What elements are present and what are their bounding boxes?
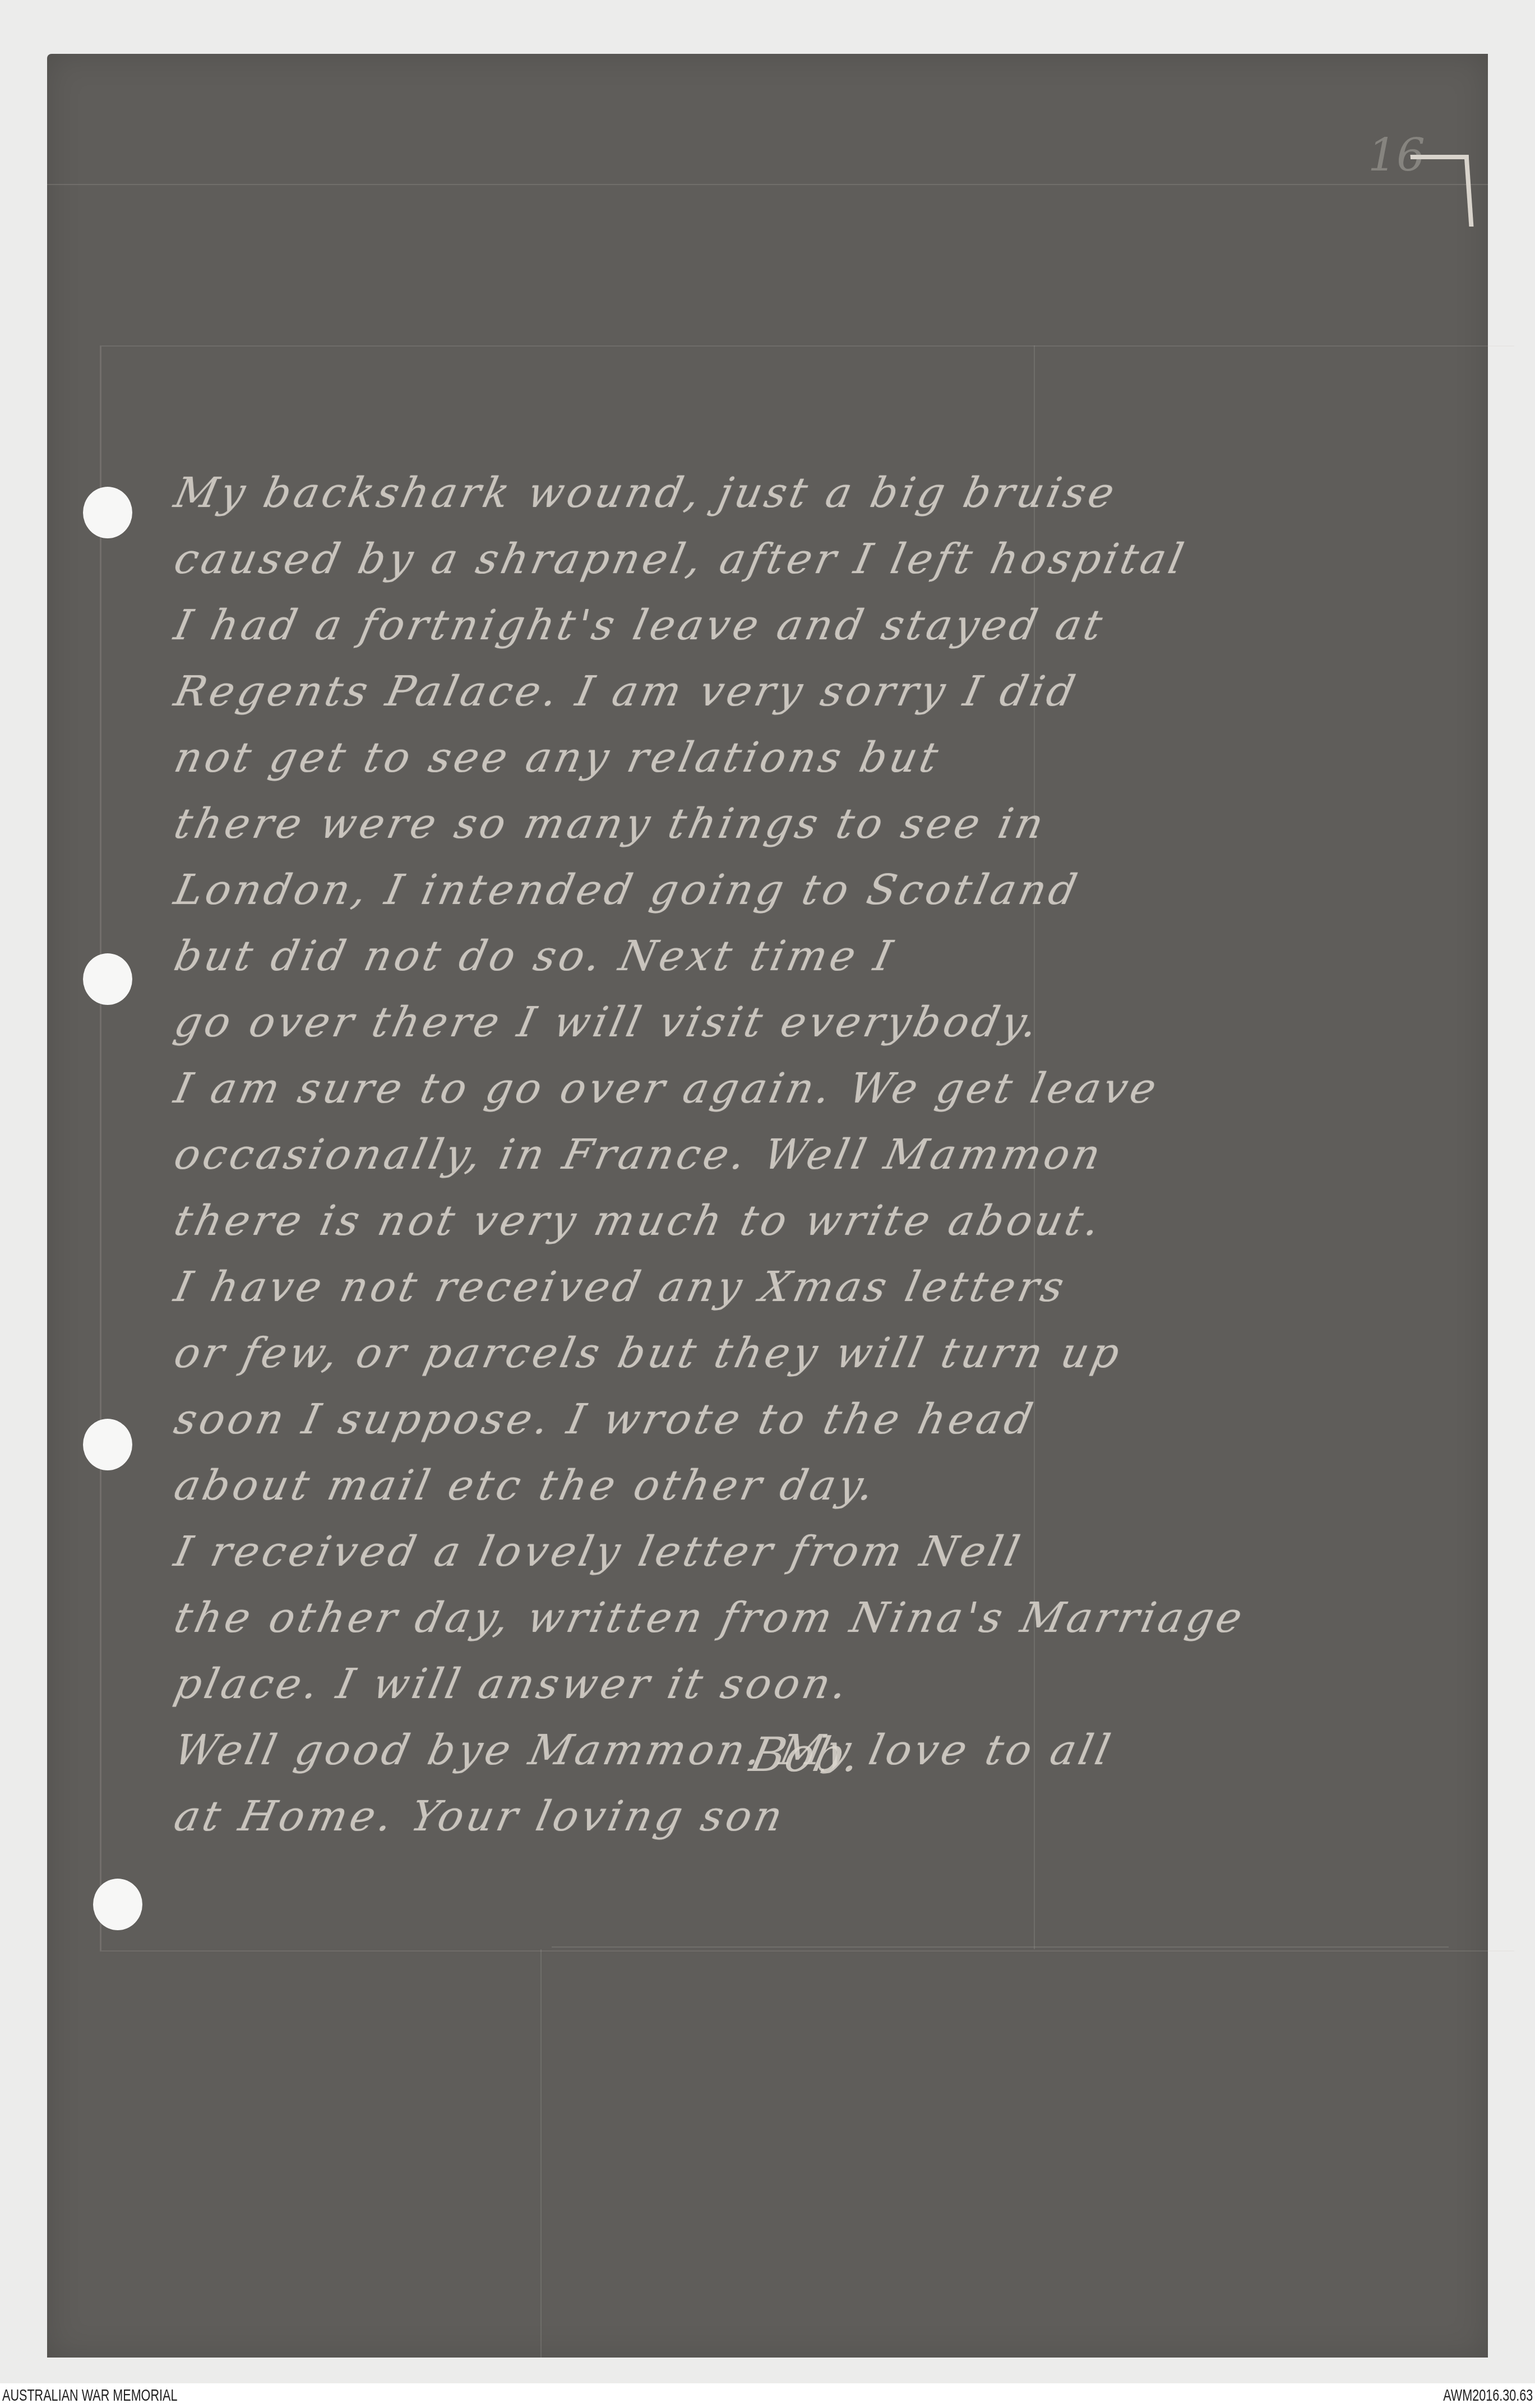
fold-line-horizontal — [552, 1946, 1449, 1948]
signature: Bob. — [746, 1727, 866, 1782]
punch-hole — [93, 1879, 142, 1930]
fold-line-vertical — [540, 1949, 542, 2358]
footer: AUSTRALIAN WAR MEMORIAL AWM2016.30.63 — [0, 2383, 1535, 2408]
letter-line: go over there I will visit everybody. — [168, 989, 1472, 1055]
letter-line: soon I suppose. I wrote to the head — [168, 1386, 1472, 1452]
letter-line: London, I intended going to Scotland — [168, 857, 1472, 923]
letter-line: not get to see any relations but — [168, 725, 1472, 791]
ruled-top-line — [47, 184, 1488, 185]
letter-line: My backshark wound, just a big bruise — [168, 460, 1472, 526]
letter-line: I received a lovely letter from Nell — [168, 1519, 1472, 1585]
letter-line: I had a fortnight's leave and stayed at — [168, 592, 1472, 658]
letter-line: caused by a shrapnel, after I left hospi… — [168, 526, 1472, 592]
letter-line: but did not do so. Next time I — [168, 923, 1472, 989]
letter-line: at Home. Your loving son — [168, 1783, 1472, 1849]
letter-line: place. I will answer it soon. — [168, 1651, 1472, 1717]
letter-line: I have not received any Xmas letters — [168, 1254, 1472, 1320]
page-number: 16 — [1368, 129, 1425, 181]
letter-line: Regents Palace. I am very sorry I did — [168, 658, 1472, 725]
punch-hole — [83, 953, 132, 1005]
letter-line: I am sure to go over again. We get leave — [168, 1055, 1472, 1122]
letter-line: there were so many things to see in — [168, 791, 1472, 857]
letter-line: occasionally, in France. Well Mammon — [168, 1122, 1472, 1188]
punch-hole — [83, 487, 132, 538]
letter-line: there is not very much to write about. — [168, 1188, 1472, 1254]
punch-hole — [83, 1419, 132, 1470]
letter-body: My backshark wound, just a big bruise ca… — [168, 460, 1458, 1849]
letter-line: about mail etc the other day. — [168, 1452, 1472, 1519]
letter-line: or few, or parcels but they will turn up — [168, 1320, 1472, 1386]
footer-institution: AUSTRALIAN WAR MEMORIAL — [2, 2383, 177, 2408]
footer-accession-number: AWM2016.30.63 — [1443, 2383, 1533, 2408]
letter-line: the other day, written from Nina's Marri… — [168, 1585, 1472, 1651]
